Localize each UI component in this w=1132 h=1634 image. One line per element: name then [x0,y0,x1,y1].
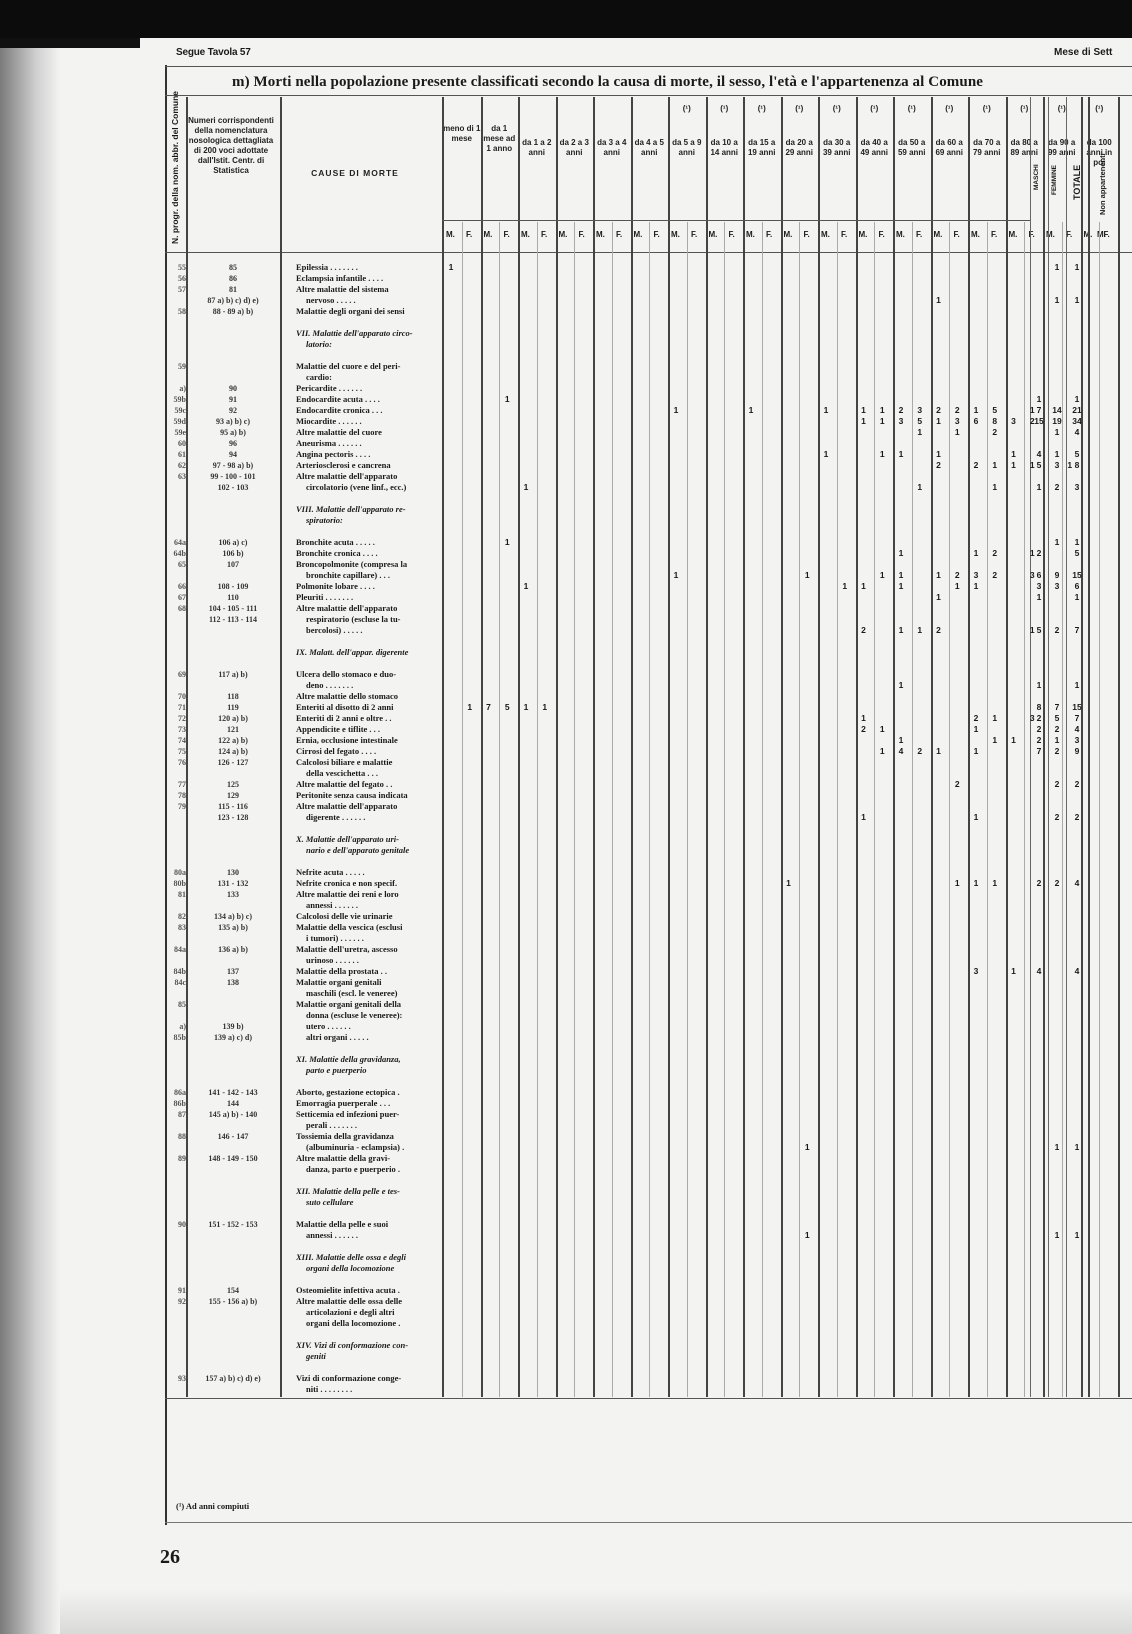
row-total: 21 [1071,405,1083,416]
row-total: 15 [1071,570,1083,581]
row-total: 4 [1071,966,1083,977]
row-value-cell: 1 [951,878,963,889]
table-row: 69117 a) b)Ulcera dello stomaco e duo- [0,669,1132,680]
row-value-cell: 1 [914,427,926,438]
row-total: 2 [1071,812,1083,823]
row-cause: Pericardite . . . . . . [296,383,436,394]
age-group-label: da 60 a 69 anni [931,138,969,158]
row-value-cell: 5 [501,702,513,713]
row-total: 4 [1071,427,1083,438]
table-row: 59c92Endocardite cronica . . .1111123221… [0,405,1132,416]
row-total: 1 [1071,592,1083,603]
row-cause: utero . . . . . . [296,1021,436,1032]
row-value-cell: 6 [970,416,982,427]
row-cause: cardio: [296,372,436,383]
table-row: organi della locomozione . [0,1318,1132,1329]
row-value-cell: 2 [858,724,870,735]
row-value-cell: 1 [895,680,907,691]
table-row: 82134 a) b) c)Calcolosi delle vie urinar… [0,911,1132,922]
row-cause: Peritonite senza causa indicata [296,790,436,801]
row-value-cell: 1 [970,812,982,823]
row-cause: Malattie del cuore e del peri- [296,361,436,372]
row-cause: Endocardite acuta . . . . [296,394,436,405]
row-nomenclature: 130 [188,867,278,878]
sex-m-label: M. [671,230,680,239]
row-cause: della vescichetta . . . [296,768,436,779]
table-row: 6297 - 98 a) b)Arteriosclerosi e cancren… [0,460,1132,471]
row-total-males: 2 [1033,878,1045,889]
row-nomenclature: 95 a) b) [188,427,278,438]
row-value-cell: 1 [1008,735,1020,746]
row-total-males: 8 [1033,702,1045,713]
row-cause: Angina pectoris . . . . [296,449,436,460]
table-row: 102 - 103circolatorio (vene linf., ecc.)… [0,482,1132,493]
row-prog-number: 80a [170,867,186,878]
row-value-cell: 1 [933,416,945,427]
row-prog-number: 67 [170,592,186,603]
row-value-cell: 5 [989,405,1001,416]
section-heading-row: XIII. Malattie delle ossa e degli [0,1252,1132,1263]
row-cause: altri organi . . . . . [296,1032,436,1043]
row-total-males: 4 [1033,449,1045,460]
page-number: 26 [160,1546,180,1569]
row-total-males: 5 [1033,625,1045,636]
row-nomenclature: 91 [188,394,278,405]
row-prog-number: 89 [170,1153,186,1164]
table-row: 59e95 a) b)Altre malattie del cuore11214 [0,427,1132,438]
row-total-males: 15 [1033,416,1045,427]
row-prog-number: 88 [170,1131,186,1142]
row-value-cell: 1 [745,405,757,416]
row-cause: XII. Malattie della pelle e tes- [296,1186,436,1197]
row-value-cell: 1 [895,449,907,460]
row-cause: Altre malattie del cuore [296,427,436,438]
row-total-females: 2 [1051,812,1063,823]
row-total-males: 6 [1033,570,1045,581]
row-cause: Altre malattie dell'apparato [296,471,436,482]
row-cause: Enteriti di 2 anni e oltre . . [296,713,436,724]
row-value-cell: 1 [951,427,963,438]
table-row: danza, parto e puerperio . [0,1164,1132,1175]
sex-f-label: F. [841,230,847,239]
table-row: 92155 - 156 a) b)Altre malattie delle os… [0,1296,1132,1307]
age-group-label: da 30 a 39 anni [818,138,856,158]
row-value-cell: 1 [783,878,795,889]
row-cause: i tumori) . . . . . . [296,933,436,944]
row-cause: IX. Malatt. dell'appar. digerente [296,647,436,658]
row-cause: suto cellulare [296,1197,436,1208]
row-value-cell: 7 [483,702,495,713]
row-cause: geniti [296,1351,436,1362]
table-row: perali . . . . . . . [0,1120,1132,1131]
age-group-note: (¹) [968,104,1006,114]
row-value-cell: 1 [501,394,513,405]
age-group-label: da 1 mese ad 1 anno [481,124,519,154]
row-cause: Pleuriti . . . . . . . [296,592,436,603]
row-value-cell: 1 [876,449,888,460]
table-row: 59d93 a) b) c)Miocardite . . . . . .1135… [0,416,1132,427]
age-group-note: (¹) [706,104,744,114]
row-value-cell: 2 [951,405,963,416]
row-value-cell: 1 [520,702,532,713]
sex-m-label: M. [1009,230,1018,239]
table-row: 84a136 a) b)Malattie dell'uretra, ascess… [0,944,1132,955]
row-nomenclature: 126 - 127 [188,757,278,768]
sex-f-label: F. [579,230,585,239]
age-group-label: da 10 a 14 anni [706,138,744,158]
age-group-label: da 3 a 4 anni [593,138,631,158]
row-cause: bronchite capillare) . . . [296,570,436,581]
row-prog-number: 60 [170,438,186,449]
row-value-cell: 3 [1008,416,1020,427]
row-cause: Epilessia . . . . . . . [296,262,436,273]
table-row: 68104 - 105 - 111Altre malattie dell'app… [0,603,1132,614]
row-cause: annessi . . . . . . [296,1230,436,1241]
table-row: 83135 a) b)Malattie della vescica (esclu… [0,922,1132,933]
row-cause: XIV. Vizi di conformazione con- [296,1340,436,1351]
row-value-cell: 2 [970,713,982,724]
row-total-females: 3 [1051,460,1063,471]
row-value-cell: 1 [933,449,945,460]
row-cause: Altre malattie dell'apparato [296,603,436,614]
row-total-females: 1 [1051,537,1063,548]
age-group-note: (¹) [856,104,894,114]
age-group-label: da 1 a 2 anni [518,138,556,158]
running-header-left: Segue Tavola 57 [176,47,251,58]
row-value-cell: 1 [801,1230,813,1241]
row-value-cell: 2 [933,405,945,416]
row-total-females: 5 [1051,713,1063,724]
row-cause: Malattie della vescica (esclusi [296,922,436,933]
row-value-cell: 1 [520,581,532,592]
age-group-label: da 40 a 49 anni [856,138,894,158]
row-total-females: 2 [1051,779,1063,790]
row-total: 6 [1071,581,1083,592]
row-value-cell: 1 [895,625,907,636]
table-row: articolazioni e degli altri [0,1307,1132,1318]
row-cause: niti . . . . . . . . [296,1384,436,1395]
row-total: 3 [1071,735,1083,746]
age-group-note: (¹) [668,104,706,114]
col-header-nomenclature: Numeri corrispondenti della nomenclatura… [188,116,274,176]
row-total-males: 2 [1033,724,1045,735]
table-row: 59Malattie del cuore e del peri- [0,361,1132,372]
row-value-cell: 1 [539,702,551,713]
row-cause: Eclampsia infantile . . . . [296,273,436,284]
table-row: 91154Osteomielite infettiva acuta . [0,1285,1132,1296]
row-nomenclature: 124 a) b) [188,746,278,757]
row-prog-number: 65 [170,559,186,570]
row-nomenclature: 138 [188,977,278,988]
row-total: 5 [1071,548,1083,559]
row-value-cell: 1 [801,1142,813,1153]
sex-m-label: M. [896,230,905,239]
row-value-cell: 2 [933,625,945,636]
sex-m-label: M. [709,230,718,239]
row-cause: latorio: [296,339,436,350]
table-bottom-rule [165,1398,1132,1399]
row-cause: (albuminuria - eclampsia) . [296,1142,436,1153]
row-value-cell: 1 [933,295,945,306]
row-value-cell: 1 [876,405,888,416]
row-value-cell: 1 [801,570,813,581]
row-total-males: 1 [1033,680,1045,691]
age-group-note: (¹) [781,104,819,114]
row-cause: donna (escluse le veneree): [296,1010,436,1021]
row-prog-number: 66 [170,581,186,592]
row-cause: Nefrite acuta . . . . . [296,867,436,878]
sex-f-label: F. [466,230,472,239]
row-value-cell: 1 [670,405,682,416]
row-prog-number: 92 [170,1296,186,1307]
row-prog-number: 55 [170,262,186,273]
row-nomenclature: 135 a) b) [188,922,278,933]
age-group-label: da 50 a 59 anni [893,138,931,158]
age-group-label: da 2 a 3 anni [556,138,594,158]
age-group-label: meno di 1 mese [443,124,481,144]
row-total: 1 [1071,537,1083,548]
row-prog-number: 64b [170,548,186,559]
table-row: 93157 a) b) c) d) e)Vizi di conformazion… [0,1373,1132,1384]
row-value-cell: 1 [858,812,870,823]
sex-f-label: F. [729,230,735,239]
section-heading-row: XII. Malattie della pelle e tes- [0,1186,1132,1197]
row-value-cell: 2 [951,779,963,790]
row-value-cell: 1 [989,735,1001,746]
row-prog-number: 57 [170,284,186,295]
table-row: a)139 b)utero . . . . . . [0,1021,1132,1032]
row-cause: spiratorio: [296,515,436,526]
row-cause: Malattie organi genitali della [296,999,436,1010]
row-value-cell: 2 [970,460,982,471]
table-row: 6194Angina pectoris . . . .11111415 [0,449,1132,460]
row-prog-number: 90 [170,1219,186,1230]
row-nomenclature: 94 [188,449,278,460]
row-cause: Bronchite acuta . . . . . [296,537,436,548]
row-nomenclature: 104 - 105 - 111 [188,603,278,614]
row-value-cell: 1 [858,581,870,592]
row-cause: perali . . . . . . . [296,1120,436,1131]
row-total-males: 4 [1033,966,1045,977]
row-value-cell: 1 [895,581,907,592]
row-cause: Altre malattie dello stomaco [296,691,436,702]
row-total-females: 1 [1051,295,1063,306]
row-total-males: 5 [1033,460,1045,471]
row-cause: deno . . . . . . . [296,680,436,691]
row-prog-number: 59 [170,361,186,372]
scan-page-shadow-bottom [60,1590,1132,1634]
sex-f-label: F. [879,230,885,239]
row-total-males: 2 [1033,548,1045,559]
row-cause: Osteomielite infettiva acuta . [296,1285,436,1296]
table-row: 81133Altre malattie dei reni e loro [0,889,1132,900]
row-total: 1 [1071,394,1083,405]
sex-f-label: F. [916,230,922,239]
table-row: 65107Broncopolmonite (compresa la [0,559,1132,570]
table-row: 5585Epilessia . . . . . . .111 [0,262,1132,273]
sex-m-label: M. [521,230,530,239]
row-total-females: 1 [1051,262,1063,273]
row-value-cell: 3 [914,405,926,416]
row-cause: Aneurisma . . . . . . [296,438,436,449]
row-prog-number: 77 [170,779,186,790]
sex-f-label: F. [654,230,660,239]
table-row: niti . . . . . . . . [0,1384,1132,1395]
age-group-note: (¹) [1006,104,1044,114]
row-nomenclature: 119 [188,702,278,713]
row-value-cell: 1 [914,625,926,636]
row-cause: Calcolosi biliare e malattie [296,757,436,768]
table-row: 66108 - 109Polmonite lobare . . . .11111… [0,581,1132,592]
table-row: 70118Altre malattie dello stomaco [0,691,1132,702]
row-total-females: 3 [1051,581,1063,592]
row-cause: Ulcera dello stomaco e duo- [296,669,436,680]
row-total-females: 2 [1051,482,1063,493]
row-prog-number: 86b [170,1098,186,1109]
sex-f-label: F. [804,230,810,239]
row-value-cell: 1 [501,537,513,548]
table-row: 77125Altre malattie del fegato . .222 [0,779,1132,790]
row-prog-number: 87 [170,1109,186,1120]
row-value-cell: 1 [1008,966,1020,977]
table-row: 64b106 b)Bronchite cronica . . . .112125 [0,548,1132,559]
row-cause: maschili (escl. le veneree) [296,988,436,999]
row-prog-number: 84c [170,977,186,988]
row-value-cell: 1 [989,482,1001,493]
row-value-cell: 1 [989,460,1001,471]
row-value-cell: 1 [970,746,982,757]
row-prog-number: 83 [170,922,186,933]
row-total-males: 1 [1033,592,1045,603]
section-heading-row: parto e puerperio [0,1065,1132,1076]
section-heading-row: suto cellulare [0,1197,1132,1208]
row-nomenclature: 136 a) b) [188,944,278,955]
table-row: 5888 - 89 a) b)Malattie degli organi dei… [0,306,1132,317]
row-total-females: 1 [1051,735,1063,746]
title-rule [165,95,1132,96]
row-cause: digerente . . . . . . [296,812,436,823]
age-group-label: da 4 a 5 anni [631,138,669,158]
col-header-prog: N. progr. della nom. abbr. del Comune [170,104,180,244]
row-prog-number: 58 [170,306,186,317]
table-row: 72120 a) b)Enteriti di 2 anni e oltre . … [0,713,1132,724]
footnote: (¹) Ad anni compiuti [176,1501,249,1511]
row-value-cell: 1 [914,482,926,493]
sex-m-label: M. [446,230,455,239]
table-row: (albuminuria - eclampsia) .111 [0,1142,1132,1153]
table-row: 90151 - 152 - 153Malattie della pelle e … [0,1219,1132,1230]
table-row: annessi . . . . . . [0,900,1132,911]
age-group-note: (¹) [743,104,781,114]
row-value-cell: 1 [876,416,888,427]
row-prog-number: 85b [170,1032,186,1043]
row-prog-number: 86a [170,1087,186,1098]
row-nomenclature: 110 [188,592,278,603]
row-total-females: 2 [1051,878,1063,889]
row-total-males: 2 [1033,735,1045,746]
row-nomenclature: 146 - 147 [188,1131,278,1142]
row-cause: organi della locomozione [296,1263,436,1274]
row-total-females: 19 [1051,416,1063,427]
row-cause: organi della locomozione . [296,1318,436,1329]
row-cause: Polmonite lobare . . . . [296,581,436,592]
row-value-cell: 1 [933,592,945,603]
row-value-cell: 1 [876,570,888,581]
frame-bottom-rule [165,1522,1132,1523]
table-row: bercolosi) . . . . .21121527 [0,625,1132,636]
row-cause: nario e dell'apparato genitale [296,845,436,856]
sex-m-label: M. [634,230,643,239]
row-cause: Altre malattie del sistema [296,284,436,295]
row-value-cell: 1 [970,878,982,889]
col-header-males: MASCHI [1033,150,1040,190]
row-nomenclature: 106 a) c) [188,537,278,548]
row-total-females: 1 [1051,1230,1063,1241]
table-row: 86b144Emorragia puerperale . . . [0,1098,1132,1109]
row-cause: Calcolosi delle vie urinarie [296,911,436,922]
row-total: 7 [1071,625,1083,636]
sex-f-label: F. [691,230,697,239]
table-row: 75124 a) b)Cirrosi del fegato . . . .142… [0,746,1132,757]
table-row: 89148 - 149 - 150Altre malattie della gr… [0,1153,1132,1164]
row-total: 4 [1071,878,1083,889]
row-nomenclature: 108 - 109 [188,581,278,592]
table-row: 84c138Malattie organi genitali [0,977,1132,988]
row-total: 4 [1071,724,1083,735]
row-total-males: 3 [1033,581,1045,592]
row-value-cell: 2 [989,548,1001,559]
row-cause: XI. Malattie della gravidanza, [296,1054,436,1065]
table-row: 73121Appendicite e tiflite . . .211224 [0,724,1132,735]
row-cause: Cirrosi del fegato . . . . [296,746,436,757]
table-row: 85b139 a) c) d)altri organi . . . . . [0,1032,1132,1043]
row-total-females: 9 [1051,570,1063,581]
row-prog-number: 56 [170,273,186,284]
table-row: urinoso . . . . . . [0,955,1132,966]
row-prog-number: 76 [170,757,186,768]
row-total-males: 2 [1033,713,1045,724]
row-value-cell: 1 [445,262,457,273]
row-nomenclature: 154 [188,1285,278,1296]
table-row: 6399 - 100 - 101Altre malattie dell'appa… [0,471,1132,482]
row-value-cell: 1 [464,702,476,713]
section-heading-row: organi della locomozione [0,1263,1132,1274]
row-cause: Appendicite e tiflite . . . [296,724,436,735]
table-row: 123 - 128digerente . . . . . .1122 [0,812,1132,823]
row-cause: bercolosi) . . . . . [296,625,436,636]
row-prog-number: 64a [170,537,186,548]
row-prog-number: 84b [170,966,186,977]
section-heading-row: VIII. Malattie dell'apparato re- [0,504,1132,515]
row-total: 15 [1071,702,1083,713]
table-title: m) Morti nella popolazione presente clas… [232,74,983,91]
row-value-cell: 1 [989,713,1001,724]
row-value-cell: 1 [970,548,982,559]
top-rule [165,66,1132,67]
sex-f-label: F. [954,230,960,239]
row-cause: Altre malattie dei reni e loro [296,889,436,900]
row-value-cell: 3 [970,570,982,581]
age-group-note: (¹) [818,104,856,114]
row-value-cell: 1 [895,570,907,581]
row-cause: Malattie della prostata . . [296,966,436,977]
row-nomenclature: 139 a) c) d) [188,1032,278,1043]
sex-f-label: F. [504,230,510,239]
row-value-cell: 1 [970,405,982,416]
row-nomenclature: 85 [188,262,278,273]
row-value-cell: 1 [895,548,907,559]
row-cause: danza, parto e puerperio . [296,1164,436,1175]
